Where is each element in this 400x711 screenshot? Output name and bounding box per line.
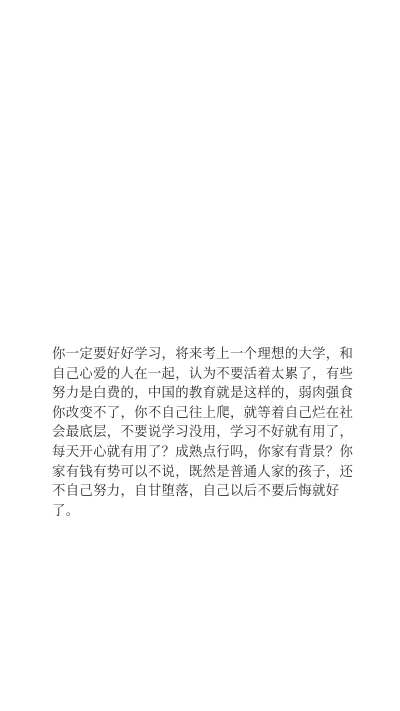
quote-line: 你一定要好好学习，将来考上一个理想的大学，和	[52, 345, 348, 365]
quote-line: 自己心爱的人在一起，认为不要活着太累了，有些	[52, 365, 348, 385]
quote-line: 会最底层，不要说学习没用，学习不好就有用了，	[52, 423, 348, 443]
quote-line: 不自己努力，自甘堕落，自己以后不要后悔就好	[52, 482, 348, 502]
motivational-quote-text: 你一定要好好学习，将来考上一个理想的大学，和 自己心爱的人在一起，认为不要活着太…	[52, 345, 348, 521]
quote-line: 你改变不了，你不自己往上爬，就等着自己烂在社	[52, 404, 348, 424]
quote-line: 努力是白费的，中国的教育就是这样的，弱肉强食	[52, 384, 348, 404]
quote-line: 家有钱有势可以不说，既然是普通人家的孩子，还	[52, 463, 348, 483]
quote-line: 每天开心就有用了？成熟点行吗，你家有背景？你	[52, 443, 348, 463]
quote-line: 了。	[52, 502, 348, 522]
